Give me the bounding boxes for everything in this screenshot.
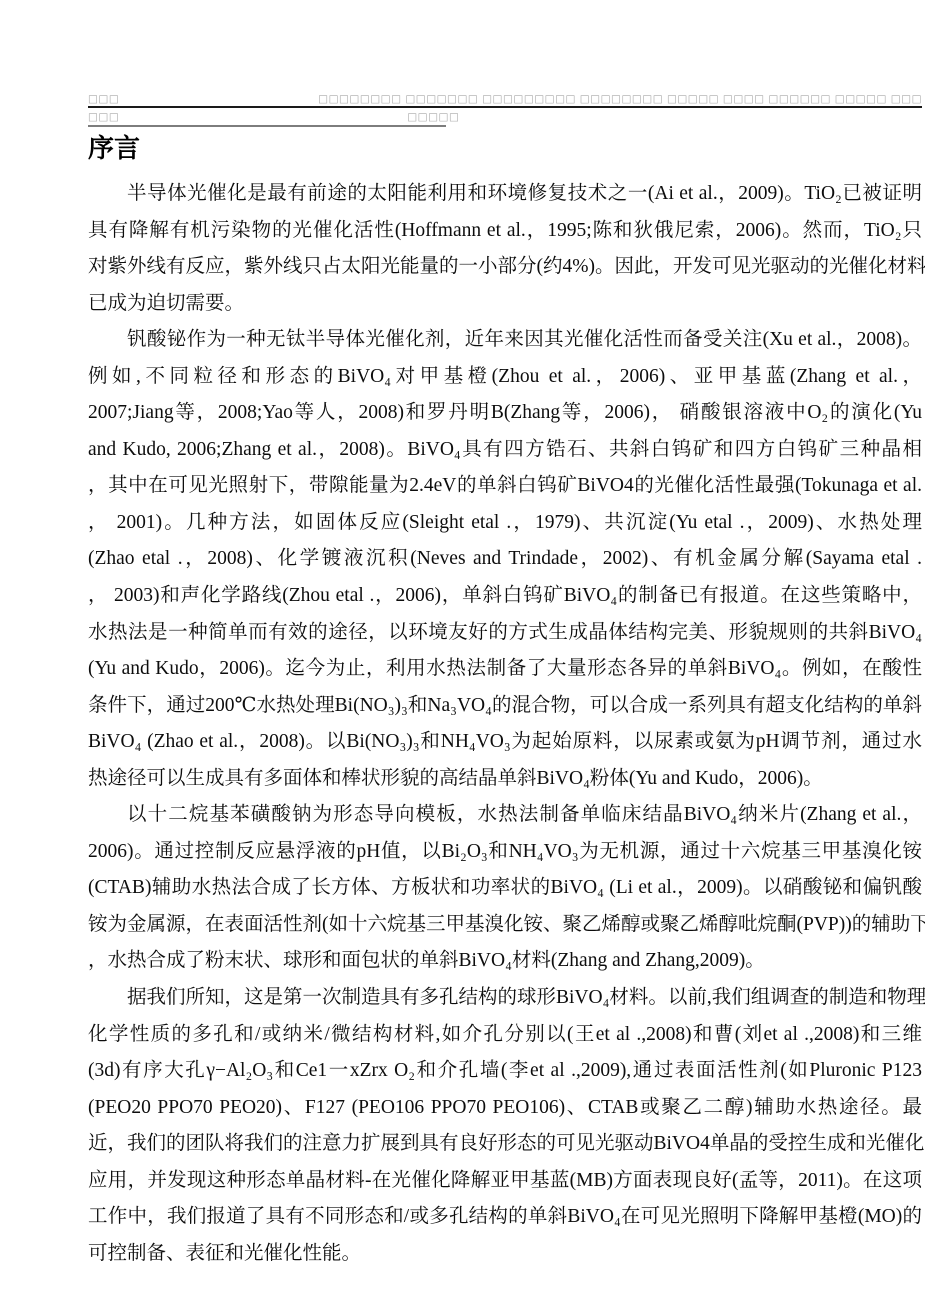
paragraph-4-line: (PEO20 PPO70 PEO20)、F127 (PEO106 PPO70 P… <box>88 1090 922 1127</box>
paragraph-2-line: 例如,不同粒径和形态的BiVO₄对甲基橙(Zhou et al.，2006)、亚… <box>88 359 922 396</box>
paragraph-4-line: 化学性质的多孔和/或纳米/微结构材料,如介孔分别以(王et al .,2008)… <box>88 1017 922 1054</box>
body-text: 半导体光催化是最有前途的太阳能利用和环境修复技术之一(Ai et al.，200… <box>88 176 922 1272</box>
paragraph-3-line: ，水热合成了粉末状、球形和面包状的单斜BiVO₄材料(Zhang and Zha… <box>88 943 922 980</box>
paragraph-2-line: 条件下，通过200℃水热处理Bi(NO₃)₃和Na₃VO₄的混合物，可以合成一系… <box>88 688 922 725</box>
paragraph-1-line: 已成为迫切需要。 <box>88 286 922 323</box>
paragraph-3-line: 2006)。通过控制反应悬浮液的pH值，以Bi₂O₃和NH₄VO₃为无机源，通过… <box>88 834 922 871</box>
header-rule-bottom <box>88 125 446 127</box>
document-page: □□□ □□□□□□□□ □□□□□□□ □□□□□□□□□ □□□□□□□□ … <box>0 0 925 1308</box>
paragraph-2-line: 热途径可以生成具有多面体和棒状形貌的高结晶单斜BiVO₄粉体(Yu and Ku… <box>88 761 922 798</box>
paragraph-4-line: 近，我们的团队将我们的注意力扩展到具有良好形态的可见光驱动BiVO4单晶的受控生… <box>88 1126 922 1163</box>
header-right-glyphs: □□□□□□□□ □□□□□□□ □□□□□□□□□ □□□□□□□□ □□□□… <box>318 93 922 105</box>
header-row2-left-glyphs: □□□ <box>88 111 119 123</box>
paragraph-1-line: 半导体光催化是最有前途的太阳能利用和环境修复技术之一(Ai et al.，200… <box>88 176 922 213</box>
page-header: □□□ □□□□□□□□ □□□□□□□ □□□□□□□□□ □□□□□□□□ … <box>88 92 922 127</box>
paragraph-4-line: 工作中，我们报道了具有不同形态和/或多孔结构的单斜BiVO₄在可见光照明下降解甲… <box>88 1199 922 1236</box>
paragraph-1-line: 对紫外线有反应，紫外线只占太阳光能量的一小部分(约4%)。因此，开发可见光驱动的… <box>88 249 922 286</box>
paragraph-4-line: (3d)有序大孔γ−Al₂O₃和Ce1一xZrx O₂和介孔墙(李et al .… <box>88 1053 922 1090</box>
paragraph-2-line: ，其中在可见光照射下，带隙能量为2.4eV的单斜白钨矿BiVO4的光催化活性最强… <box>88 468 922 505</box>
header-left-glyphs: □□□ <box>88 93 119 105</box>
header-row2-mid-glyphs: □□□□□ <box>407 111 459 123</box>
paragraph-4-line: 可控制备、表征和光催化性能。 <box>88 1236 922 1273</box>
paragraph-2-line: and Kudo, 2006;Zhang et al.，2008)。BiVO₄具… <box>88 432 922 469</box>
paragraph-2-line: (Zhao etal .，2008)、化学镀液沉积(Neves and Trin… <box>88 541 922 578</box>
paragraph-2-line: 2007;Jiang等，2008;Yao等人，2008)和罗丹明B(Zhang等… <box>88 395 922 432</box>
paragraph-3-line: 以十二烷基苯磺酸钠为形态导向模板，水热法制备单临床结晶BiVO₄纳米片(Zhan… <box>88 797 922 834</box>
paragraph-2-line: BiVO₄ (Zhao et al.，2008)。以Bi(NO₃)₃和NH₄VO… <box>88 724 922 761</box>
header-rule-top <box>88 106 922 108</box>
paragraph-2-line: (Yu and Kudo，2006)。迄今为止，利用水热法制备了大量形态各异的单… <box>88 651 922 688</box>
header-row-2: □□□ □□□□□ <box>88 110 922 123</box>
paragraph-3-line: (CTAB)辅助水热法合成了长方体、方板状和功率状的BiVO₄ (Li et a… <box>88 870 922 907</box>
paragraph-3-line: 铵为金属源，在表面活性剂(如十六烷基三甲基溴化铵、聚乙烯醇或聚乙烯醇吡烷酮(PV… <box>88 907 922 944</box>
paragraph-4-line: 据我们所知，这是第一次制造具有多孔结构的球形BiVO₄材料。以前,我们组调查的制… <box>88 980 922 1017</box>
section-title: 序言 <box>88 132 140 166</box>
paragraph-2-line: 钒酸铋作为一种无钛半导体光催化剂，近年来因其光催化活性而备受关注(Xu et a… <box>88 322 922 359</box>
paragraph-2-line: ， 2003)和声化学路线(Zhou etal .，2006)，单斜白钨矿BiV… <box>88 578 922 615</box>
paragraph-2-line: 水热法是一种简单而有效的途径，以环境友好的方式生成晶体结构完美、形貌规则的共斜B… <box>88 615 922 652</box>
paragraph-1-line: 具有降解有机污染物的光催化活性(Hoffmann et al.，1995;陈和狄… <box>88 213 922 250</box>
paragraph-4-line: 应用，并发现这种形态单晶材料-在光催化降解亚甲基蓝(MB)方面表现良好(孟等，2… <box>88 1163 922 1200</box>
header-row-1: □□□ □□□□□□□□ □□□□□□□ □□□□□□□□□ □□□□□□□□ … <box>88 92 922 105</box>
paragraph-2-line: ， 2001)。几种方法，如固体反应(Sleight etal .，1979)、… <box>88 505 922 542</box>
